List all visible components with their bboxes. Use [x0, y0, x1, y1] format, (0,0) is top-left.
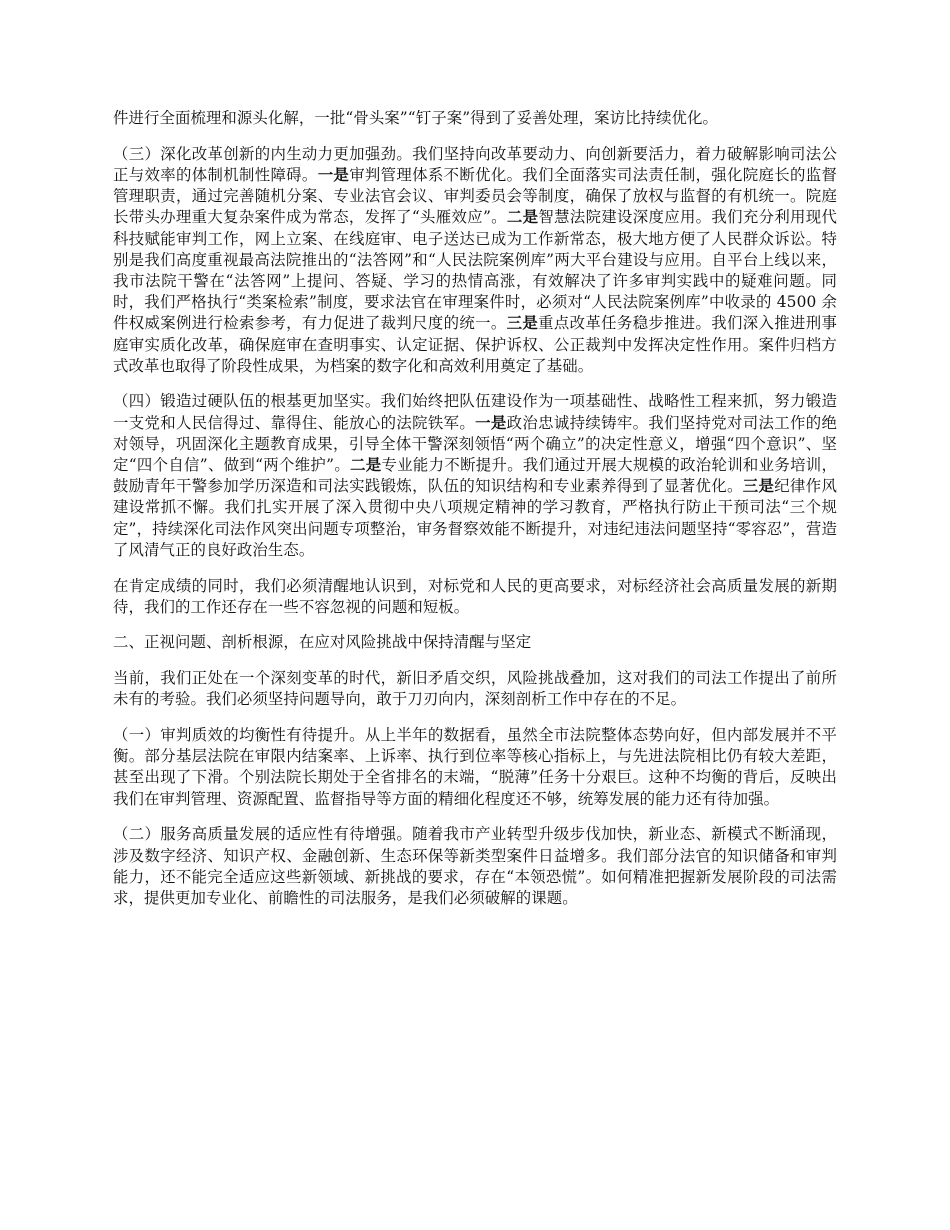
document-page: 件进行全面梳理和源头化解，一批“骨头案”“钉子案”得到了妥善处理，案访比持续优化…: [113, 108, 837, 924]
paragraph-current-situation: 当前，我们正处在一个深刻变革的时代，新旧矛盾交织，风险挑战叠加，这对我们的司法工…: [113, 668, 837, 710]
paragraph-case-resolution-continued: 件进行全面梳理和源头化解，一批“骨头案”“钉子案”得到了妥善处理，案访比持续优化…: [113, 108, 837, 129]
paragraph-team-building: （四）锻造过硬队伍的根基更加坚实。我们始终把队伍建设作为一项基础性、战略性工程来…: [113, 391, 837, 561]
bold-marker-third: 三是: [743, 477, 775, 495]
heading-text: 二、正视问题、剖析根源，在应对风险挑战中保持清醒与坚定: [113, 633, 531, 651]
paragraph-text: 件进行全面梳理和源头化解，一批“骨头案”“钉子案”得到了妥善处理，案访比持续优化…: [113, 109, 718, 127]
paragraph-transition: 在肯定成绩的同时，我们必须清醒地认识到，对标党和人民的更高要求，对标经济社会高质…: [113, 576, 837, 618]
paragraph-trial-quality-balance: （一）审判质效的均衡性有待提升。从上半年的数据看，虽然全市法院整体态势向好，但内…: [113, 725, 837, 810]
bold-marker-second: 二是: [350, 456, 381, 474]
paragraph-text: 当前，我们正处在一个深刻变革的时代，新旧矛盾交织，风险挑战叠加，这对我们的司法工…: [113, 669, 837, 708]
paragraph-text: （一）审判质效的均衡性有待提升。从上半年的数据看，虽然全市法院整体态势向好，但内…: [113, 726, 837, 808]
paragraph-text: 在肯定成绩的同时，我们必须清醒地认识到，对标党和人民的更高要求，对标经济社会高质…: [113, 577, 837, 616]
bold-marker-first: 一是: [318, 166, 350, 184]
section-heading-two: 二、正视问题、剖析根源，在应对风险挑战中保持清醒与坚定: [113, 632, 837, 653]
paragraph-text: （二）服务高质量发展的适应性有待增强。随着我市产业转型升级步伐加快，新业态、新模…: [113, 825, 837, 907]
bold-marker-third: 三是: [507, 314, 539, 332]
bold-marker-second: 二是: [507, 208, 538, 226]
bold-marker-first: 一是: [475, 414, 507, 432]
paragraph-service-adaptability: （二）服务高质量发展的适应性有待增强。随着我市产业转型升级步伐加快，新业态、新模…: [113, 824, 837, 909]
paragraph-reform-innovation: （三）深化改革创新的内生动力更加强劲。我们坚持向改革要动力、向创新要活力，着力破…: [113, 144, 837, 377]
